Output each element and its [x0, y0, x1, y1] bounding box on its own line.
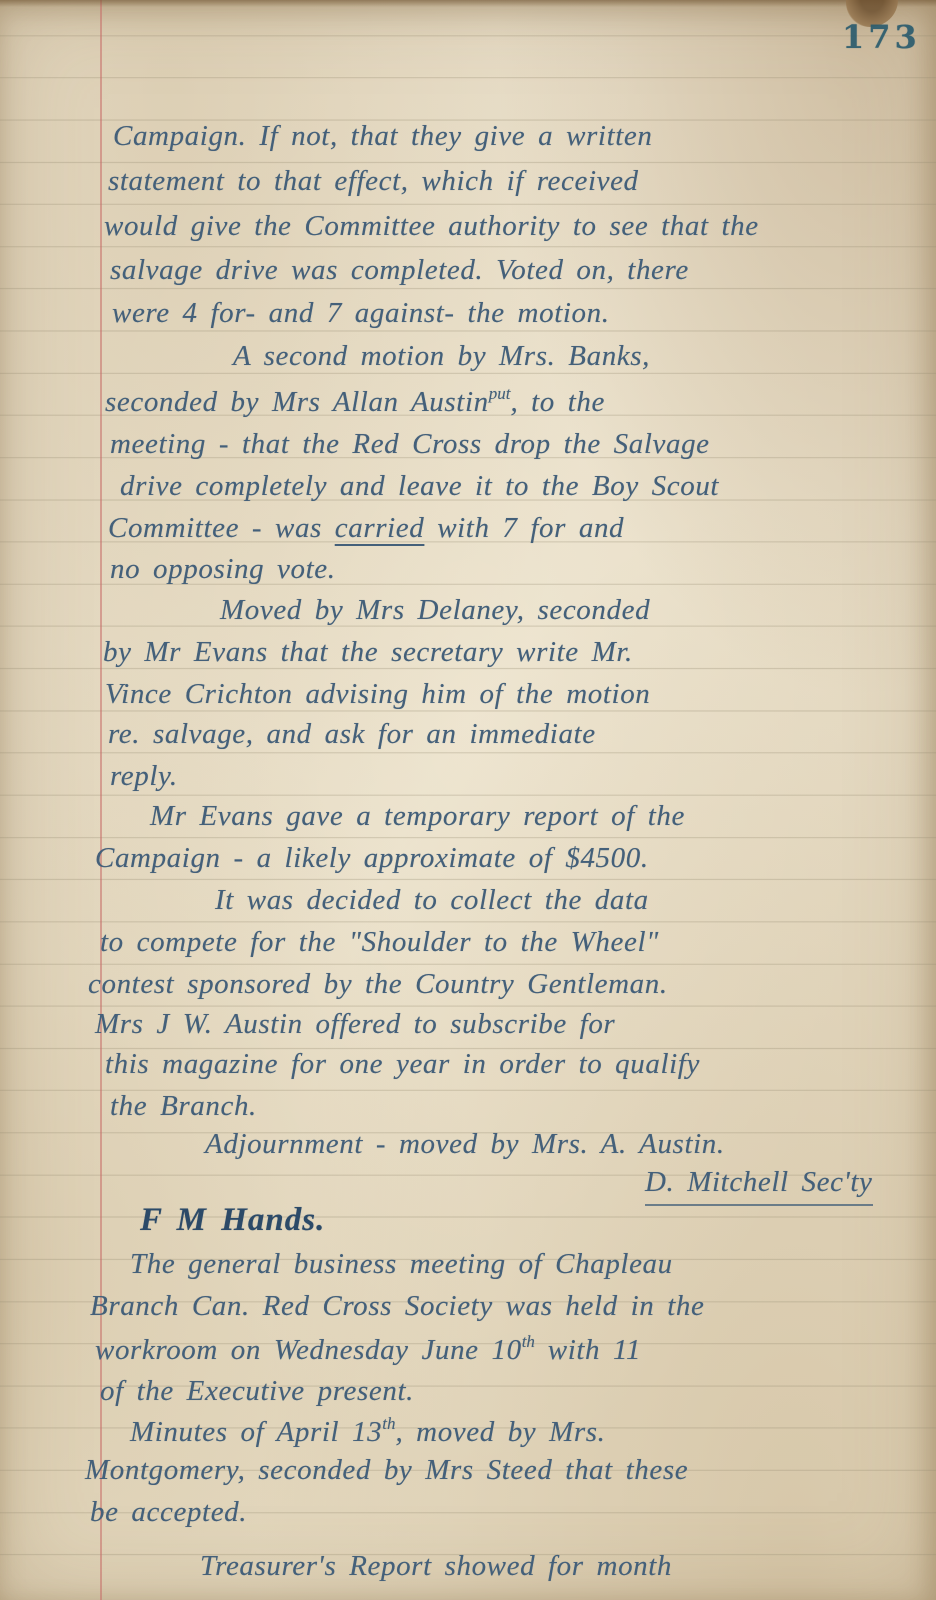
handwriting-line: Campaign - a likely approximate of $4500… [95, 842, 649, 875]
handwriting-line: Mr Evans gave a temporary report of the [150, 800, 685, 833]
handwriting-line: statement to that effect, which if recei… [108, 165, 639, 198]
underlined-word: carried [335, 512, 425, 544]
secretary-signature: D. Mitchell Sec'ty [645, 1166, 873, 1199]
handwriting-line: reply. [110, 760, 178, 793]
president-signature: F M Hands. [140, 1202, 325, 1239]
handwriting-line: no opposing vote. [110, 553, 336, 586]
handwriting-line: drive completely and leave it to the Boy… [120, 470, 719, 503]
line-text: with 11 [535, 1334, 641, 1366]
line-text: Minutes of April 13 [130, 1416, 382, 1448]
handwriting-line: by Mr Evans that the secretary write Mr. [103, 636, 633, 669]
line-text: Committee - was [108, 512, 335, 544]
handwriting-line: Branch Can. Red Cross Society was held i… [90, 1290, 704, 1323]
ordinal-suffix: th [522, 1332, 535, 1351]
handwriting-line: be accepted. [90, 1496, 247, 1529]
page-number-stamp: 173 [842, 18, 921, 56]
handwriting-line: were 4 for- and 7 against- the motion. [112, 297, 610, 330]
handwriting-line: re. salvage, and ask for an immediate [108, 718, 596, 751]
handwriting-line: Moved by Mrs Delaney, seconded [220, 594, 650, 627]
handwriting-line: meeting - that the Red Cross drop the Sa… [110, 428, 710, 461]
ordinal-suffix: th [382, 1414, 395, 1433]
handwriting-line: Vince Crichton advising him of the motio… [105, 678, 650, 711]
handwriting-line: workroom on Wednesday June 10th with 11 [95, 1332, 641, 1367]
line-text: , to the [510, 386, 605, 418]
signature-text: D. Mitchell Sec'ty [645, 1166, 873, 1206]
handwriting-line: Montgomery, seconded by Mrs Steed that t… [85, 1454, 688, 1487]
handwriting-line: Mrs J W. Austin offered to subscribe for [95, 1008, 615, 1041]
handwriting-line: contest sponsored by the Country Gentlem… [88, 968, 668, 1001]
handwriting-line: Treasurer's Report showed for month [200, 1550, 672, 1583]
handwriting-line: this magazine for one year in order to q… [105, 1048, 700, 1081]
handwriting-line: A second motion by Mrs. Banks, [233, 340, 650, 373]
minute-book-page: 173 Campaign. If not, that they give a w… [0, 0, 936, 1600]
handwriting-line: the Branch. [110, 1090, 257, 1123]
handwriting-line: would give the Committee authority to se… [104, 210, 759, 243]
handwriting-line: of the Executive present. [100, 1375, 414, 1408]
handwriting-line: Committee - was carried with 7 for and [108, 512, 624, 545]
handwriting-line: salvage drive was completed. Voted on, t… [110, 254, 689, 287]
handwriting-line: seconded by Mrs Allan Austinput, to the [105, 384, 605, 419]
line-text: with 7 for and [424, 512, 624, 544]
handwriting-line: The general business meeting of Chapleau [130, 1248, 673, 1281]
line-text: , moved by Mrs. [395, 1416, 605, 1448]
handwriting-line: Campaign. If not, that they give a writt… [113, 120, 652, 153]
page-top-edge [0, 0, 936, 7]
line-text: workroom on Wednesday June 10 [95, 1334, 522, 1366]
line-text: seconded by Mrs Allan Austin [105, 386, 489, 418]
handwriting-line: Adjournment - moved by Mrs. A. Austin. [205, 1128, 725, 1161]
inserted-word: put [489, 384, 511, 403]
handwriting-line: Minutes of April 13th, moved by Mrs. [130, 1414, 606, 1449]
handwriting-line: to compete for the "Shoulder to the Whee… [100, 926, 659, 959]
handwriting-line: It was decided to collect the data [215, 884, 649, 917]
